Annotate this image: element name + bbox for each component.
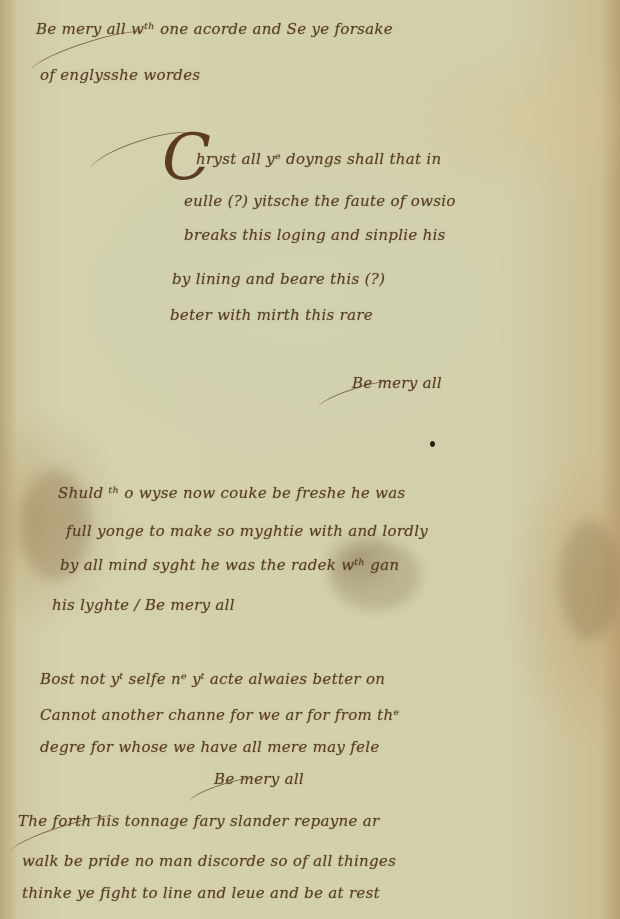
refrain: Be mery all <box>352 374 442 392</box>
ink-dot <box>430 441 435 447</box>
refrain: Be mery all <box>214 770 304 788</box>
manuscript-page: Be mery all wᵗʰ one acorde and Se ye for… <box>0 0 620 919</box>
manuscript-line: Be mery all wᵗʰ one acorde and Se ye for… <box>36 20 393 38</box>
ink-stain <box>330 540 420 610</box>
manuscript-line: The forth his tonnage fary slander repay… <box>18 812 379 830</box>
manuscript-line: hryst all yᵉ doyngs shall that in <box>196 150 441 168</box>
manuscript-line: degre for whose we have all mere may fel… <box>40 738 380 756</box>
manuscript-line: his lyghte / Be mery all <box>52 596 235 614</box>
manuscript-line: Bost not yᵗ selfe nᵉ yᵗ acte alwaies bet… <box>40 670 385 688</box>
manuscript-line: walk be pride no man discorde so of all … <box>22 852 396 870</box>
manuscript-line: Cannot another channe for we ar for from… <box>40 706 400 724</box>
manuscript-line: thinke ye fight to line and leue and be … <box>22 884 380 902</box>
ink-stain <box>560 520 620 640</box>
manuscript-line: by lining and beare this (?) <box>172 270 385 288</box>
manuscript-line: eulle (?) yitsche the faute of owsio <box>184 192 456 210</box>
manuscript-line: of englysshe wordes <box>40 66 200 84</box>
manuscript-line: by all mind syght he was the radek wᵗʰ g… <box>60 556 399 574</box>
manuscript-line: Shuld ᵗʰ o wyse now couke be freshe he w… <box>58 484 406 502</box>
manuscript-line: beter with mirth this rare <box>170 306 373 324</box>
manuscript-line: full yonge to make so myghtie with and l… <box>66 522 428 540</box>
manuscript-line: breaks this loging and sinplie his <box>184 226 446 244</box>
